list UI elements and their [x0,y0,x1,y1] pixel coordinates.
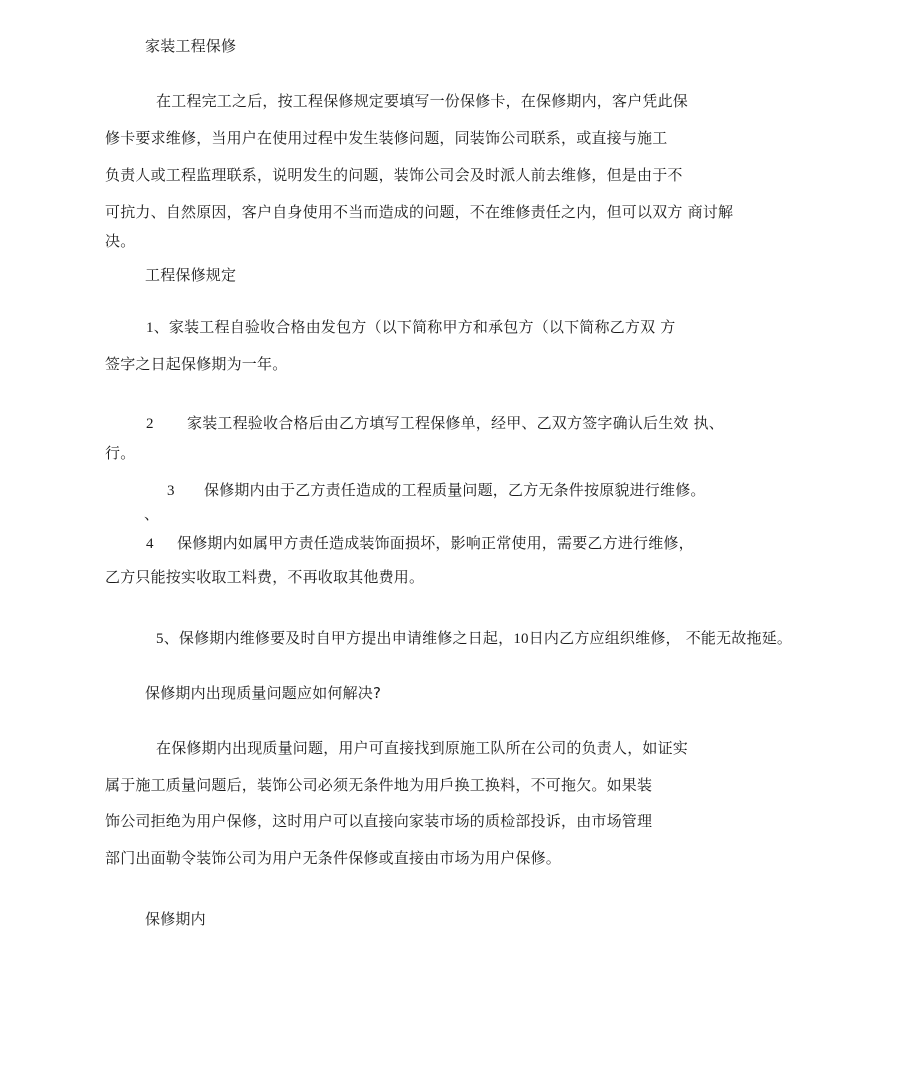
intro-line: 决。 [105,232,135,250]
rule-number: 3 [167,482,204,500]
question-heading: 保修期内出现质量问题应如何解决? [145,684,381,702]
rule-text: 家装工程验收合格后由乙方填写工程保修单，经甲、乙双方签字确认后生效 执、 [187,414,724,432]
rule-line: 5、保修期内维修要及时自甲方提出申请维修之日起，10日内乙方应组织维修， 不能无… [156,629,792,648]
rule-line: 3保修期内由于乙方责任造成的工程质量问题，乙方无条件按原貌进行维修。 [167,481,706,500]
answer-line: 属于施工质量问题后，装饰公司必须无条件地为用戶换工换料，不可拖欠。如果装 [105,776,652,794]
intro-line: 可抗力、自然原因，客户自身使用不当而造成的问题，不在维修责任之内，但可以双方 商… [105,203,733,221]
rule-line: 、 [144,505,159,523]
intro-line: 在工程完工之后，按工程保修规定要填写一份保修卡，在保修期内，客户凭此保 [156,92,688,110]
document-title: 家装工程保修 [145,37,236,55]
answer-line: 饰公司拒绝为用户保修，这时用户可以直接向家装市场的质检部投诉，由市场管理 [105,812,652,830]
rule-text: 保修期内如属甲方责任造成装饰面损坏，影响正常使用，需要乙方进行维修， [177,534,694,552]
rule-text: 保修期内由于乙方责任造成的工程质量问题，乙方无条件按原貌进行维修。 [204,481,706,499]
rule-number: 5 [156,630,164,648]
answer-line: 部门出面勒令装饰公司为用户无条件保修或直接由市场为用户保修。 [105,849,561,867]
rule-line: 乙方只能按实收取工料费，不再收取其他费用。 [105,568,424,586]
rule-day-count: 10 [513,630,528,648]
document-page: 家装工程保修 在工程完工之后，按工程保修规定要填写一份保修卡，在保修期内，客户凭… [0,0,920,1065]
rule-line: 行。 [105,444,135,462]
rule-number: 1 [146,319,154,337]
rule-number: 4 [146,535,177,553]
rule-line: 2家装工程验收合格后由乙方填写工程保修单，经甲、乙双方签字确认后生效 执、 [146,414,724,433]
rule-text: 、保修期内维修要及时自甲方提出申请维修之日起， [164,629,514,647]
rule-line: 签字之日起保修期为一年。 [105,355,287,373]
intro-line: 负责人或工程监理联系，说明发生的问题，装饰公司会及时派人前去维修，但是由于不 [105,166,683,184]
rule-number: 2 [146,415,187,433]
trailing-heading: 保修期内 [145,910,206,928]
rule-text: 日内乙方应组织维修， 不能无故拖延。 [529,629,792,647]
intro-line: 修卡要求维修，当用户在使用过程中发生装修问题，同装饰公司联系，或直接与施工 [105,129,667,147]
rule-line: 1、家装工程自验收合格由发包方（以下简称甲方和承包方（以下简称乙方双 方 [146,318,675,337]
rule-text: 、家装工程自验收合格由发包方（以下简称甲方和承包方（以下简称乙方双 方 [154,318,676,336]
answer-line: 在保修期内出现质量问题，用户可直接找到原施工队所在公司的负责人，如证实 [156,739,688,757]
rules-heading: 工程保修规定 [145,266,236,284]
rule-line: 4保修期内如属甲方责任造成装饰面损坏，影响正常使用，需要乙方进行维修， [146,534,694,553]
